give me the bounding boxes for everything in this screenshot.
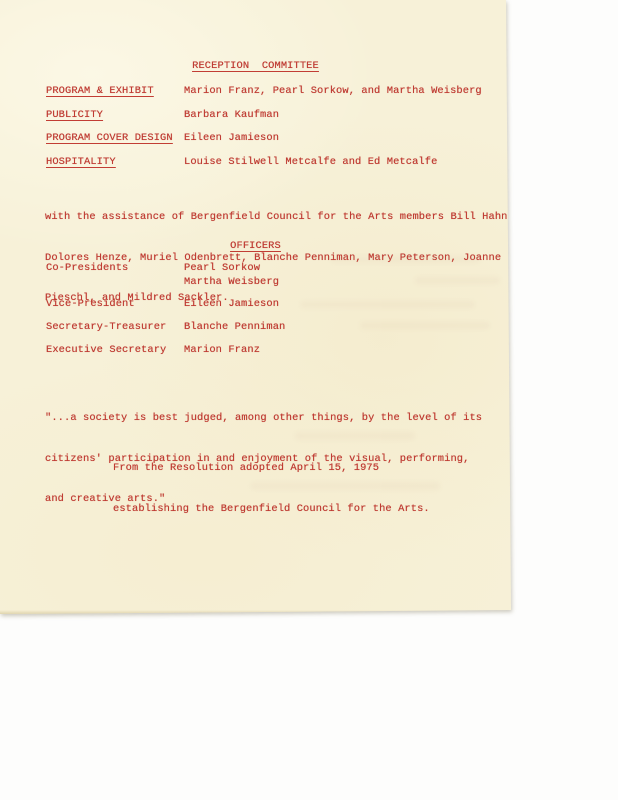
bleedthrough-smudge (300, 301, 475, 308)
bleedthrough-smudge (295, 432, 415, 440)
bleedthrough-smudge (360, 322, 490, 329)
committee-role-label: HOSPITALITY (46, 156, 116, 170)
committee-role-names: Barbara Kaufman (184, 109, 279, 123)
officer-name: Blanche Penniman (184, 321, 285, 335)
bleedthrough-smudge (415, 277, 500, 284)
officer-name: Martha Weisberg (184, 276, 279, 290)
committee-role-label: PROGRAM & EXHIBIT (46, 85, 154, 99)
quote-line: "...a society is best judged, among othe… (45, 412, 482, 426)
officers-heading: OFFICERS (0, 240, 511, 254)
officer-role-label: Vice-President (46, 298, 135, 312)
officer-name: Pearl Sorkow (184, 262, 260, 276)
reception-committee-heading: RECEPTION COMMITTEE (0, 60, 511, 74)
committee-role-names: Louise Stilwell Metcalfe and Ed Metcalfe (184, 156, 437, 170)
assistance-line: with the assistance of Bergenfield Counc… (45, 211, 514, 225)
attribution-line: From the Resolution adopted April 15, 19… (113, 462, 430, 476)
officer-role-label: Co-Presidents (46, 262, 128, 276)
committee-role-label: PUBLICITY (46, 109, 103, 123)
officer-name: Marion Franz (184, 344, 260, 358)
officer-role-label: Secretary-Treasurer (46, 321, 166, 335)
document-page: RECEPTION COMMITTEE PROGRAM & EXHIBIT Ma… (0, 0, 511, 614)
committee-role-names: Eileen Jamieson (184, 132, 279, 146)
scanned-document: RECEPTION COMMITTEE PROGRAM & EXHIBIT Ma… (0, 0, 618, 800)
bleedthrough-smudge (330, 256, 480, 263)
attribution-line: establishing the Bergenfield Council for… (113, 503, 430, 517)
officer-name: Eileen Jamieson (184, 298, 279, 312)
bleedthrough-smudge (250, 482, 440, 490)
officer-role-label: Executive Secretary (46, 344, 166, 358)
paper-bottom-edge (0, 610, 511, 614)
committee-role-label: PROGRAM COVER DESIGN (46, 132, 173, 146)
committee-role-names: Marion Franz, Pearl Sorkow, and Martha W… (184, 85, 482, 99)
